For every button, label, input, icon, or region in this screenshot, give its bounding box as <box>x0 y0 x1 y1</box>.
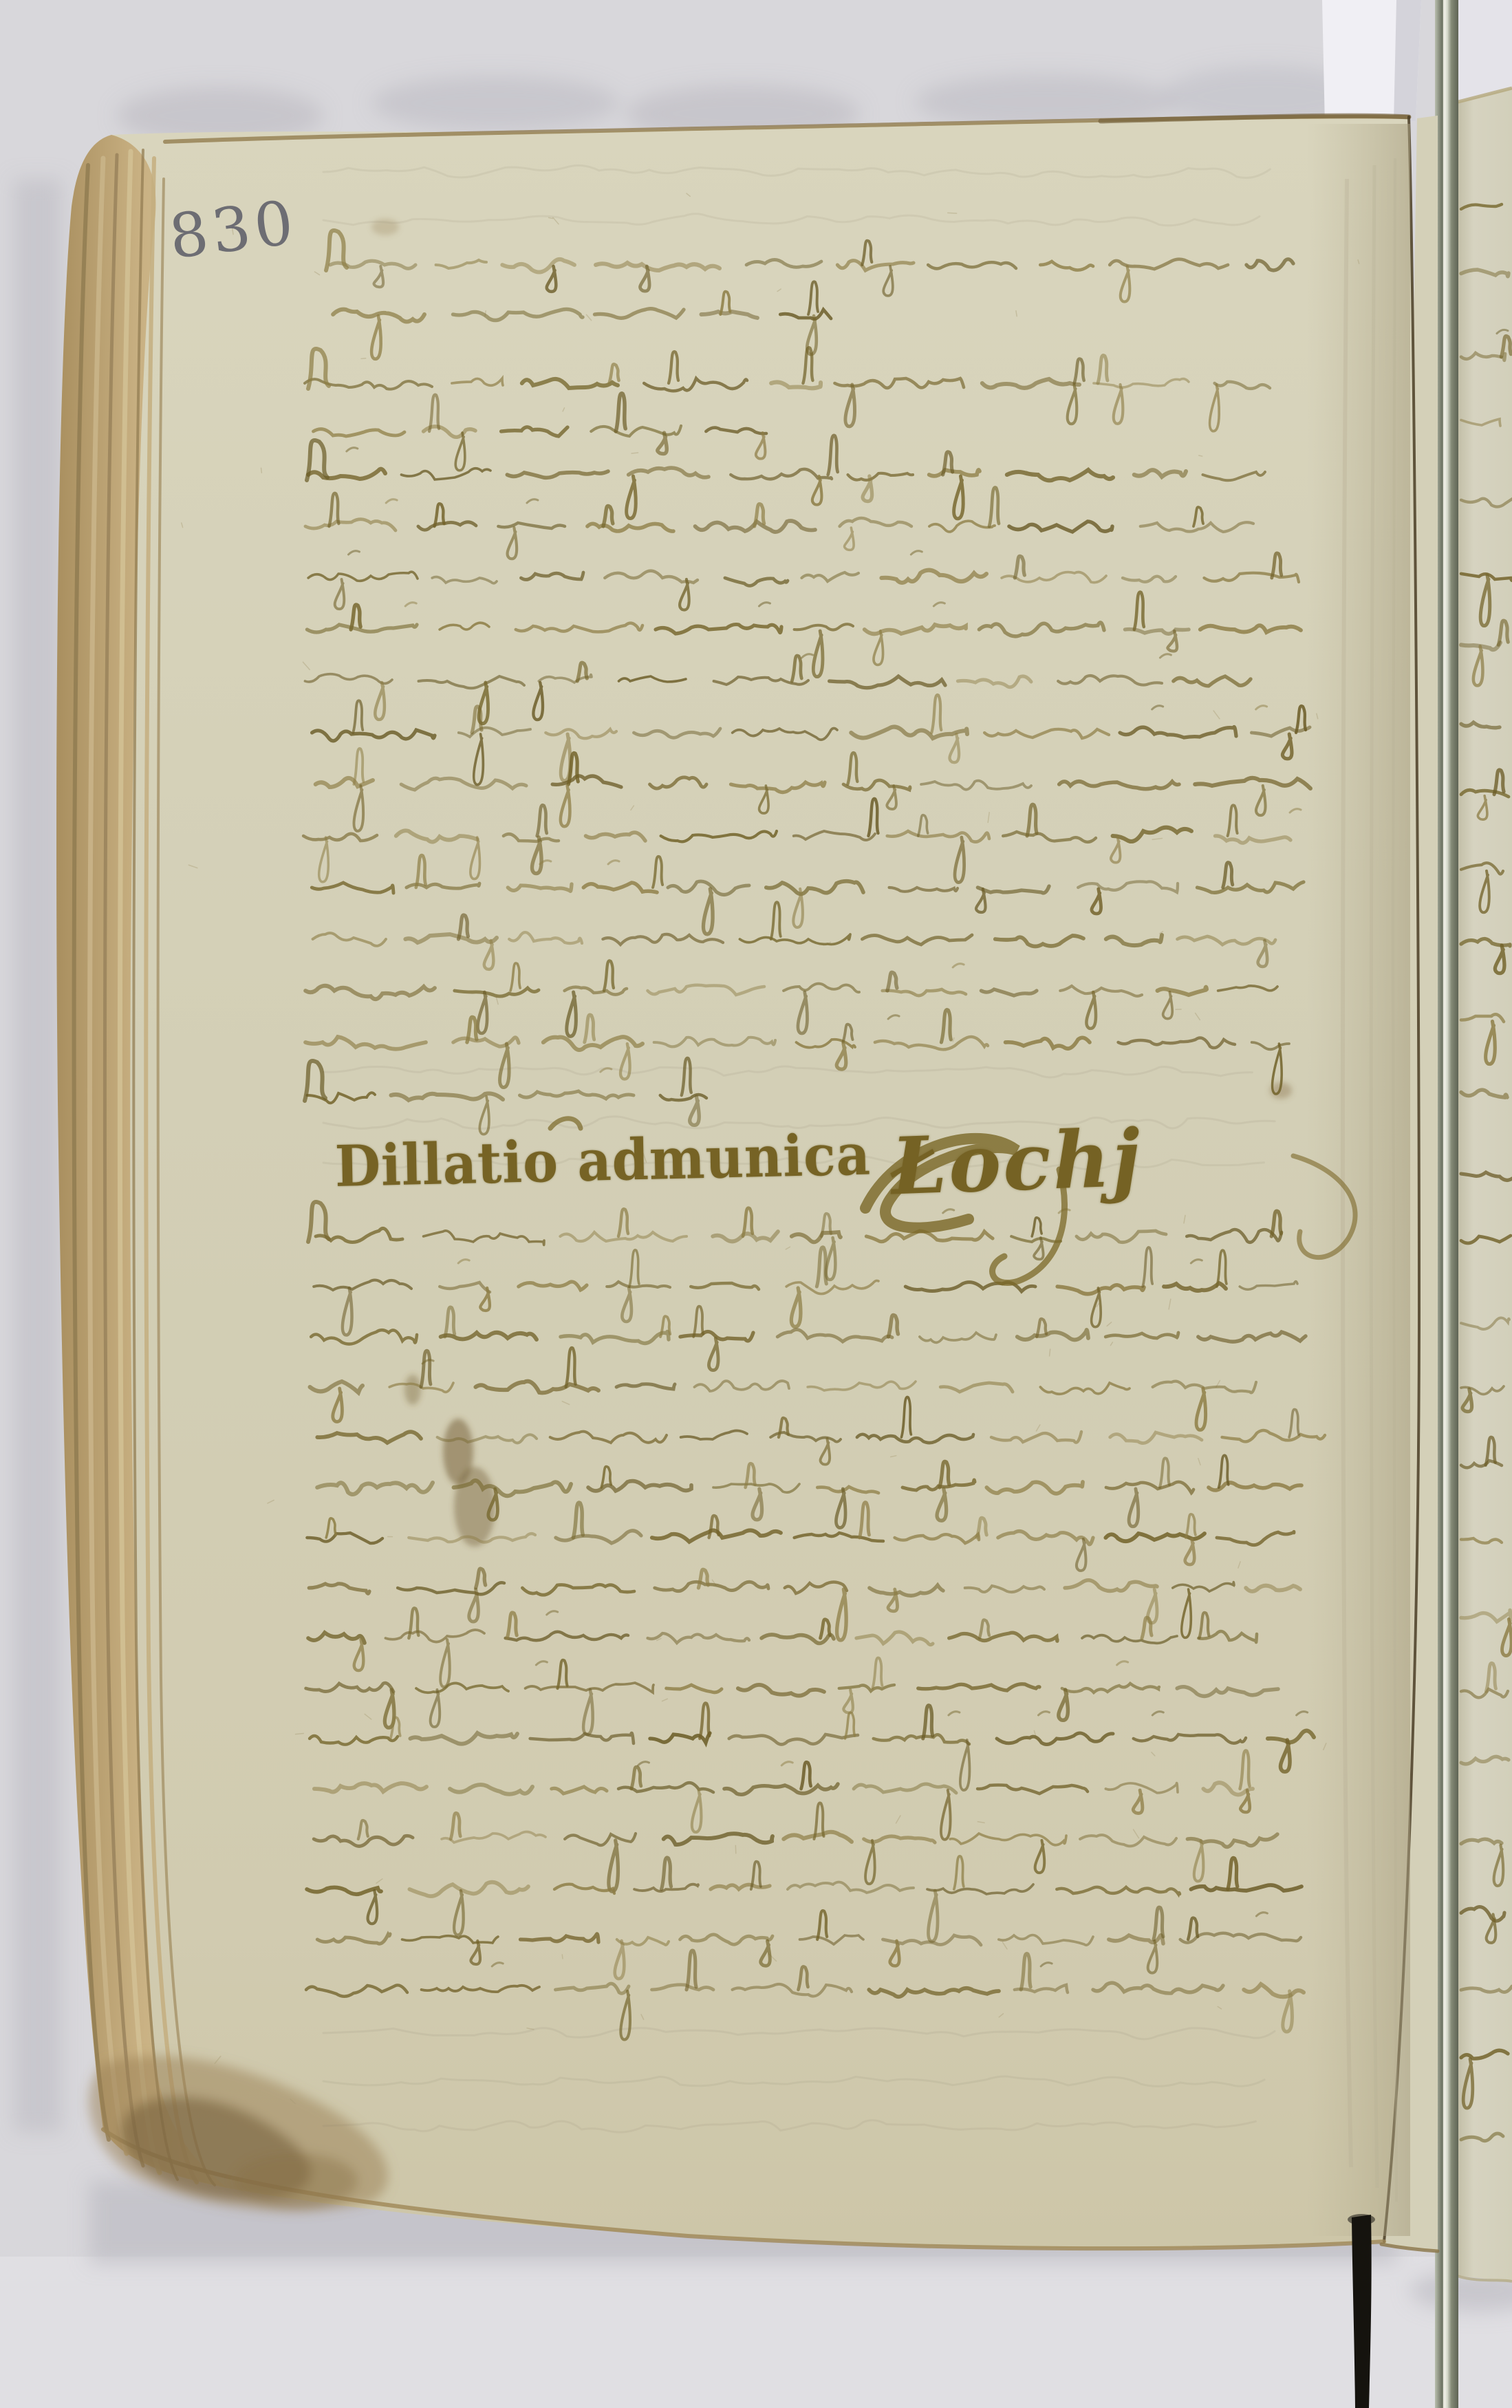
backdrop-bright-bottom <box>0 2257 1512 2408</box>
photo-canvas <box>0 0 1512 2408</box>
cradle-rod <box>1435 0 1458 2408</box>
heading-right-word: Łochj <box>889 1112 1144 1213</box>
manuscript-photo: 830 Dillatio admunica Łochj <box>0 0 1512 2408</box>
facing-page <box>1453 88 1512 2281</box>
heading-left-word: Dillatio admunica <box>334 1121 872 1200</box>
